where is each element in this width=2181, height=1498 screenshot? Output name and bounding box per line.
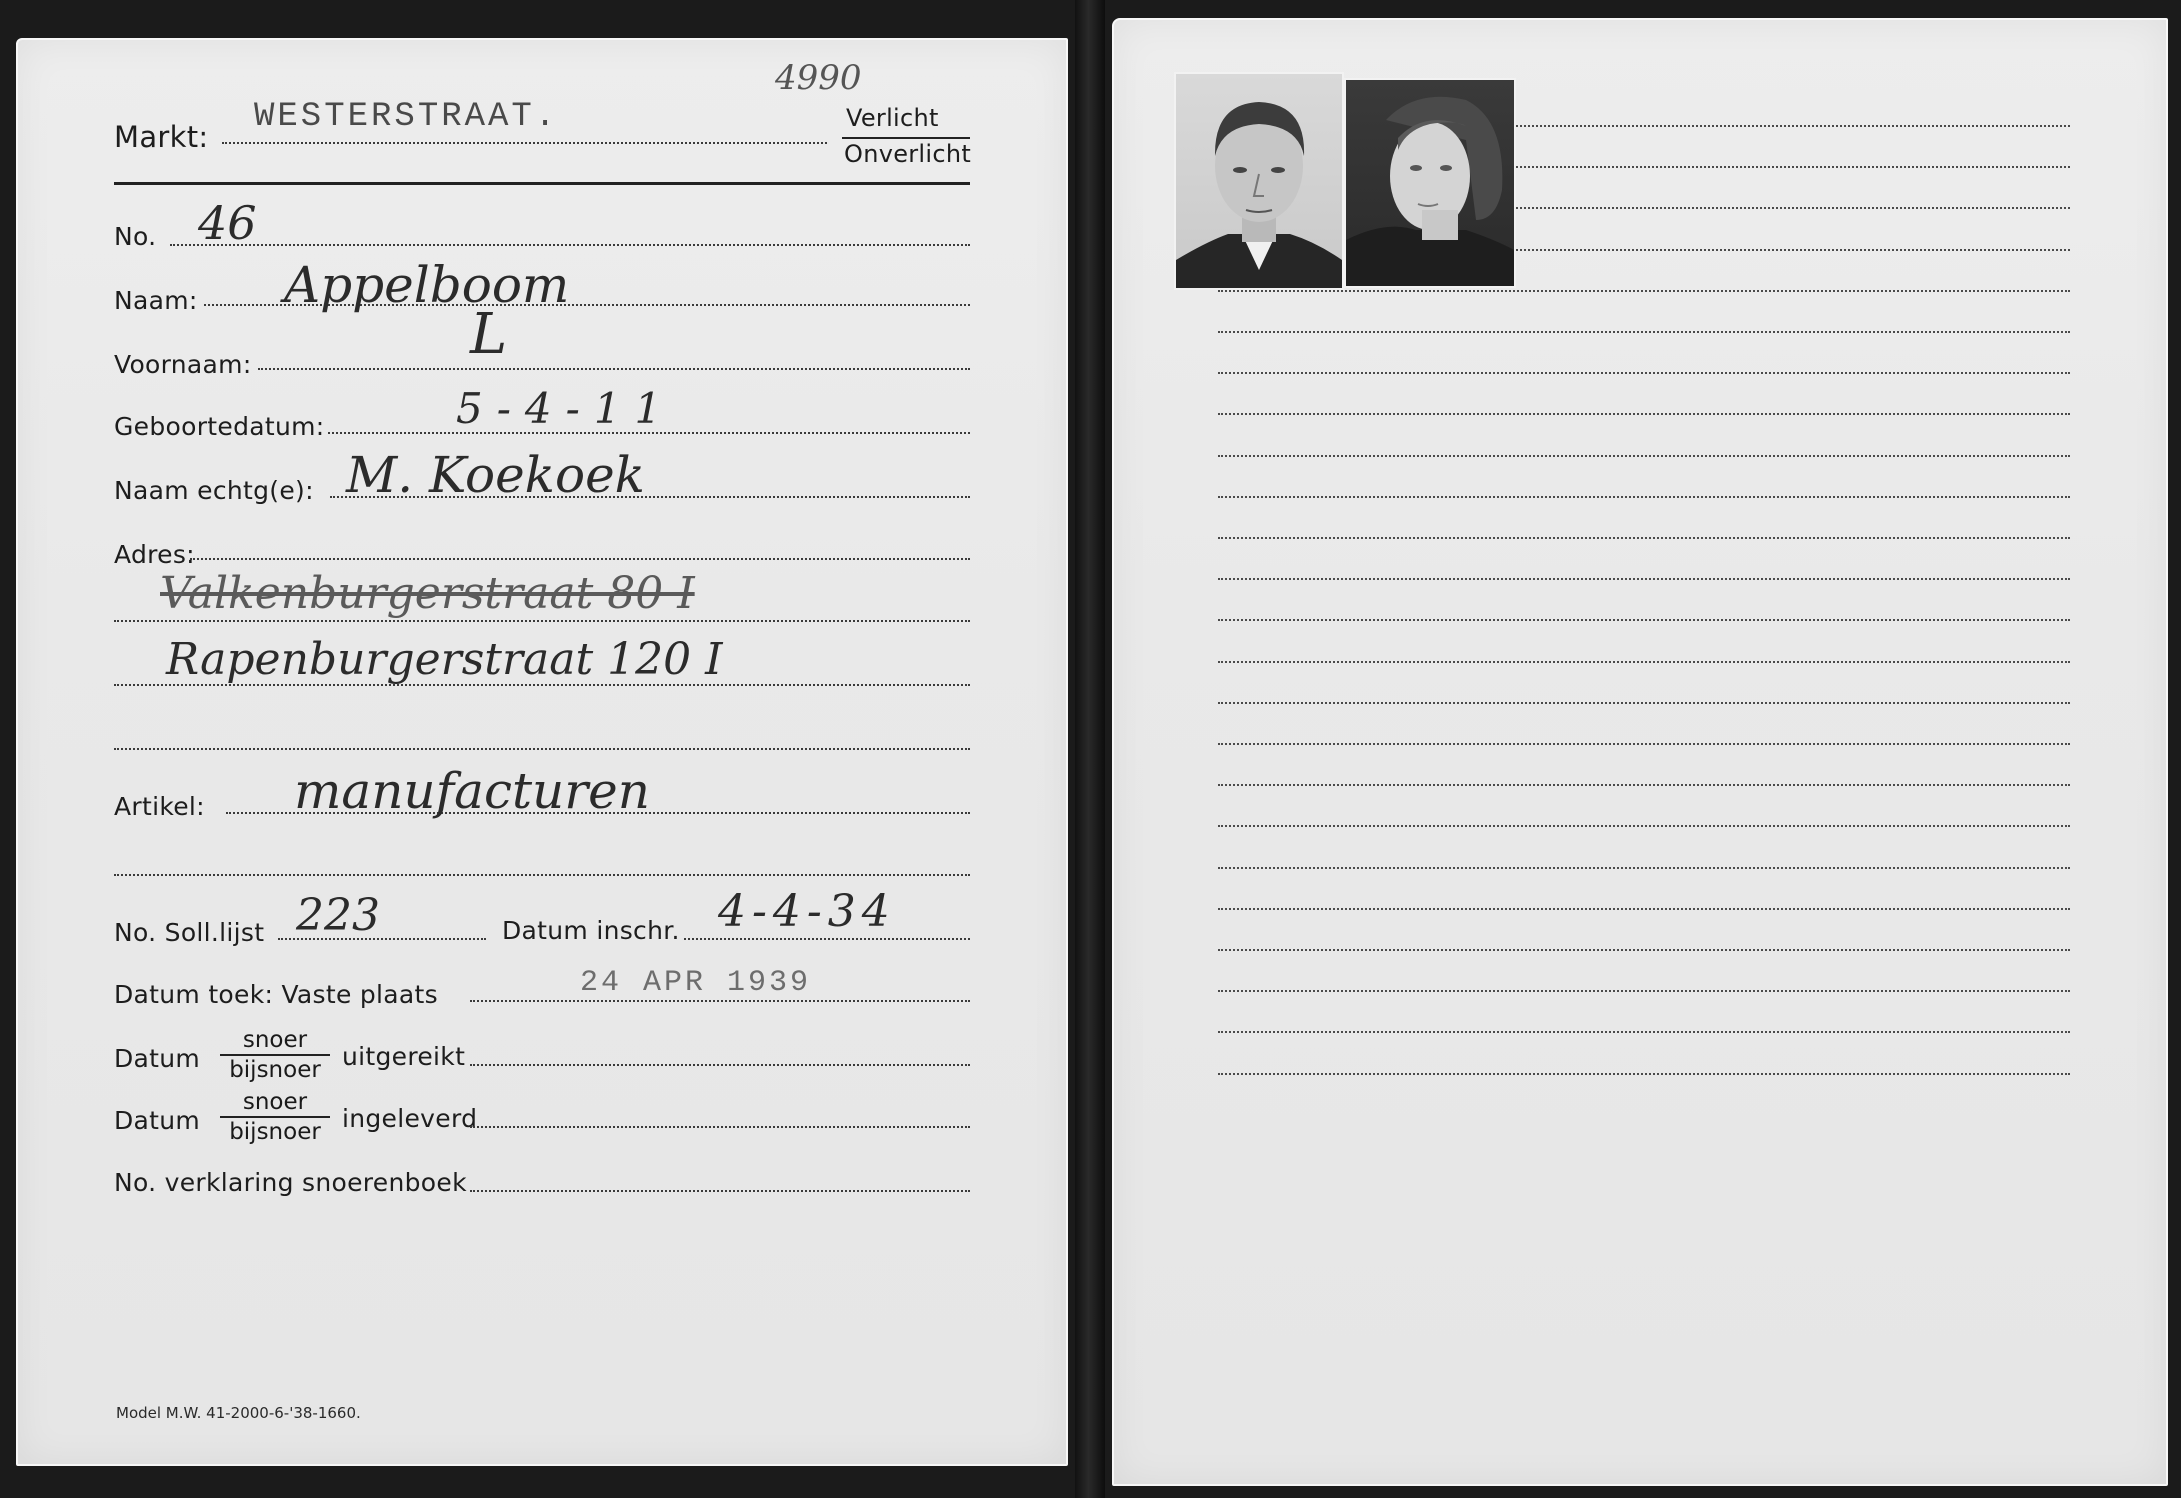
back-ruled-line — [1218, 578, 2070, 580]
back-ruled-line — [1516, 125, 2070, 127]
artikel-extra-line — [114, 874, 970, 876]
voornaam-label: Voornaam: — [114, 350, 252, 379]
no-value: 46 — [198, 196, 257, 250]
header-rule — [114, 182, 970, 185]
adres-line-0 — [190, 558, 970, 560]
no-line — [170, 244, 970, 246]
back-ruled-line — [1218, 702, 2070, 704]
ingeleverd-suffix: ingeleverd — [342, 1104, 477, 1133]
back-ruled-line — [1218, 619, 2070, 621]
soll-lijst-label: No. Soll.lijst — [114, 918, 264, 947]
geboortedatum-label: Geboortedatum: — [114, 412, 325, 441]
uitgereikt-line — [470, 1064, 970, 1066]
datum-inschr-line — [684, 938, 970, 940]
back-ruled-line — [1218, 290, 2070, 292]
adres-current-value: Rapenburgerstraat 120 I — [166, 634, 722, 685]
back-ruled-line — [1516, 249, 2070, 251]
back-ruled-line — [1516, 207, 2070, 209]
naam-label: Naam: — [114, 286, 198, 315]
card-divider — [1075, 0, 1105, 1498]
artikel-label: Artikel: — [114, 792, 205, 821]
markt-label: Markt: — [114, 120, 208, 154]
photo-woman — [1344, 78, 1516, 288]
back-ruled-line — [1218, 661, 2070, 663]
adres-old-value: Valkenburgerstraat 80 I — [160, 568, 695, 619]
front-card — [16, 38, 1068, 1466]
ingeleverd-fraction-bottom: bijsnoer — [220, 1118, 330, 1146]
back-ruled-line — [1218, 455, 2070, 457]
back-ruled-line — [1218, 743, 2070, 745]
back-ruled-line — [1218, 784, 2070, 786]
soll-lijst-value: 223 — [296, 890, 380, 941]
datum-ingeleverd-label: Datum — [114, 1106, 200, 1135]
naam-echtgenote-label: Naam echtg(e): — [114, 476, 314, 505]
naam-echtgenote-value: M. Koekoek — [346, 446, 645, 504]
back-ruled-line — [1218, 908, 2070, 910]
uitgereikt-fraction-bottom: bijsnoer — [220, 1056, 330, 1084]
back-ruled-line — [1218, 331, 2070, 333]
photo-man — [1174, 72, 1344, 290]
lighting-fraction-bar — [842, 137, 970, 139]
datum-toek-stamp: 24 APR 1939 — [580, 966, 811, 1000]
geboortedatum-value: 5-4-11 — [456, 384, 675, 433]
back-ruled-line — [1218, 372, 2070, 374]
back-ruled-line — [1218, 496, 2070, 498]
back-ruled-line — [1218, 825, 2070, 827]
adres-line-3 — [114, 748, 970, 750]
model-number: Model M.W. 41-2000-6-'38-1660. — [116, 1404, 361, 1422]
back-ruled-line — [1218, 413, 2070, 415]
verklaring-line — [470, 1190, 970, 1192]
datum-toek-line — [470, 1000, 970, 1002]
adres-label: Adres: — [114, 540, 195, 569]
datum-uitgereikt-label: Datum — [114, 1044, 200, 1073]
ingeleverd-fraction: snoer bijsnoer — [220, 1088, 330, 1146]
no-label: No. — [114, 222, 156, 251]
uitgereikt-fraction: snoer bijsnoer — [220, 1026, 330, 1084]
back-ruled-line — [1516, 166, 2070, 168]
back-ruled-line — [1218, 949, 2070, 951]
naam-value: Appelboom — [284, 256, 569, 314]
reference-number: 4990 — [775, 58, 862, 98]
man-portrait-icon — [1176, 74, 1342, 288]
back-ruled-line — [1218, 1073, 2070, 1075]
verklaring-label: No. verklaring snoerenboek — [114, 1168, 467, 1197]
markt-value: WESTERSTRAAT. — [254, 98, 558, 136]
datum-toek-label: Datum toek: Vaste plaats — [114, 980, 438, 1009]
adres-line-1 — [114, 620, 970, 622]
markt-line — [222, 142, 827, 144]
ingeleverd-fraction-top: snoer — [220, 1088, 330, 1118]
lighting-onverlicht: Onverlicht — [844, 140, 971, 168]
datum-inschr-value: 4-4-34 — [718, 886, 896, 937]
voornaam-line — [258, 368, 970, 370]
woman-portrait-icon — [1346, 80, 1514, 286]
artikel-value: manufacturen — [294, 762, 650, 820]
uitgereikt-fraction-top: snoer — [220, 1026, 330, 1056]
back-ruled-line — [1218, 537, 2070, 539]
uitgereikt-suffix: uitgereikt — [342, 1042, 465, 1071]
back-ruled-line — [1218, 867, 2070, 869]
voornaam-value: L — [470, 302, 507, 367]
lighting-verlicht: Verlicht — [846, 104, 939, 132]
back-ruled-line — [1218, 1031, 2070, 1033]
datum-inschr-label: Datum inschr. — [502, 916, 680, 945]
back-ruled-line — [1218, 990, 2070, 992]
ingeleverd-line — [470, 1126, 970, 1128]
